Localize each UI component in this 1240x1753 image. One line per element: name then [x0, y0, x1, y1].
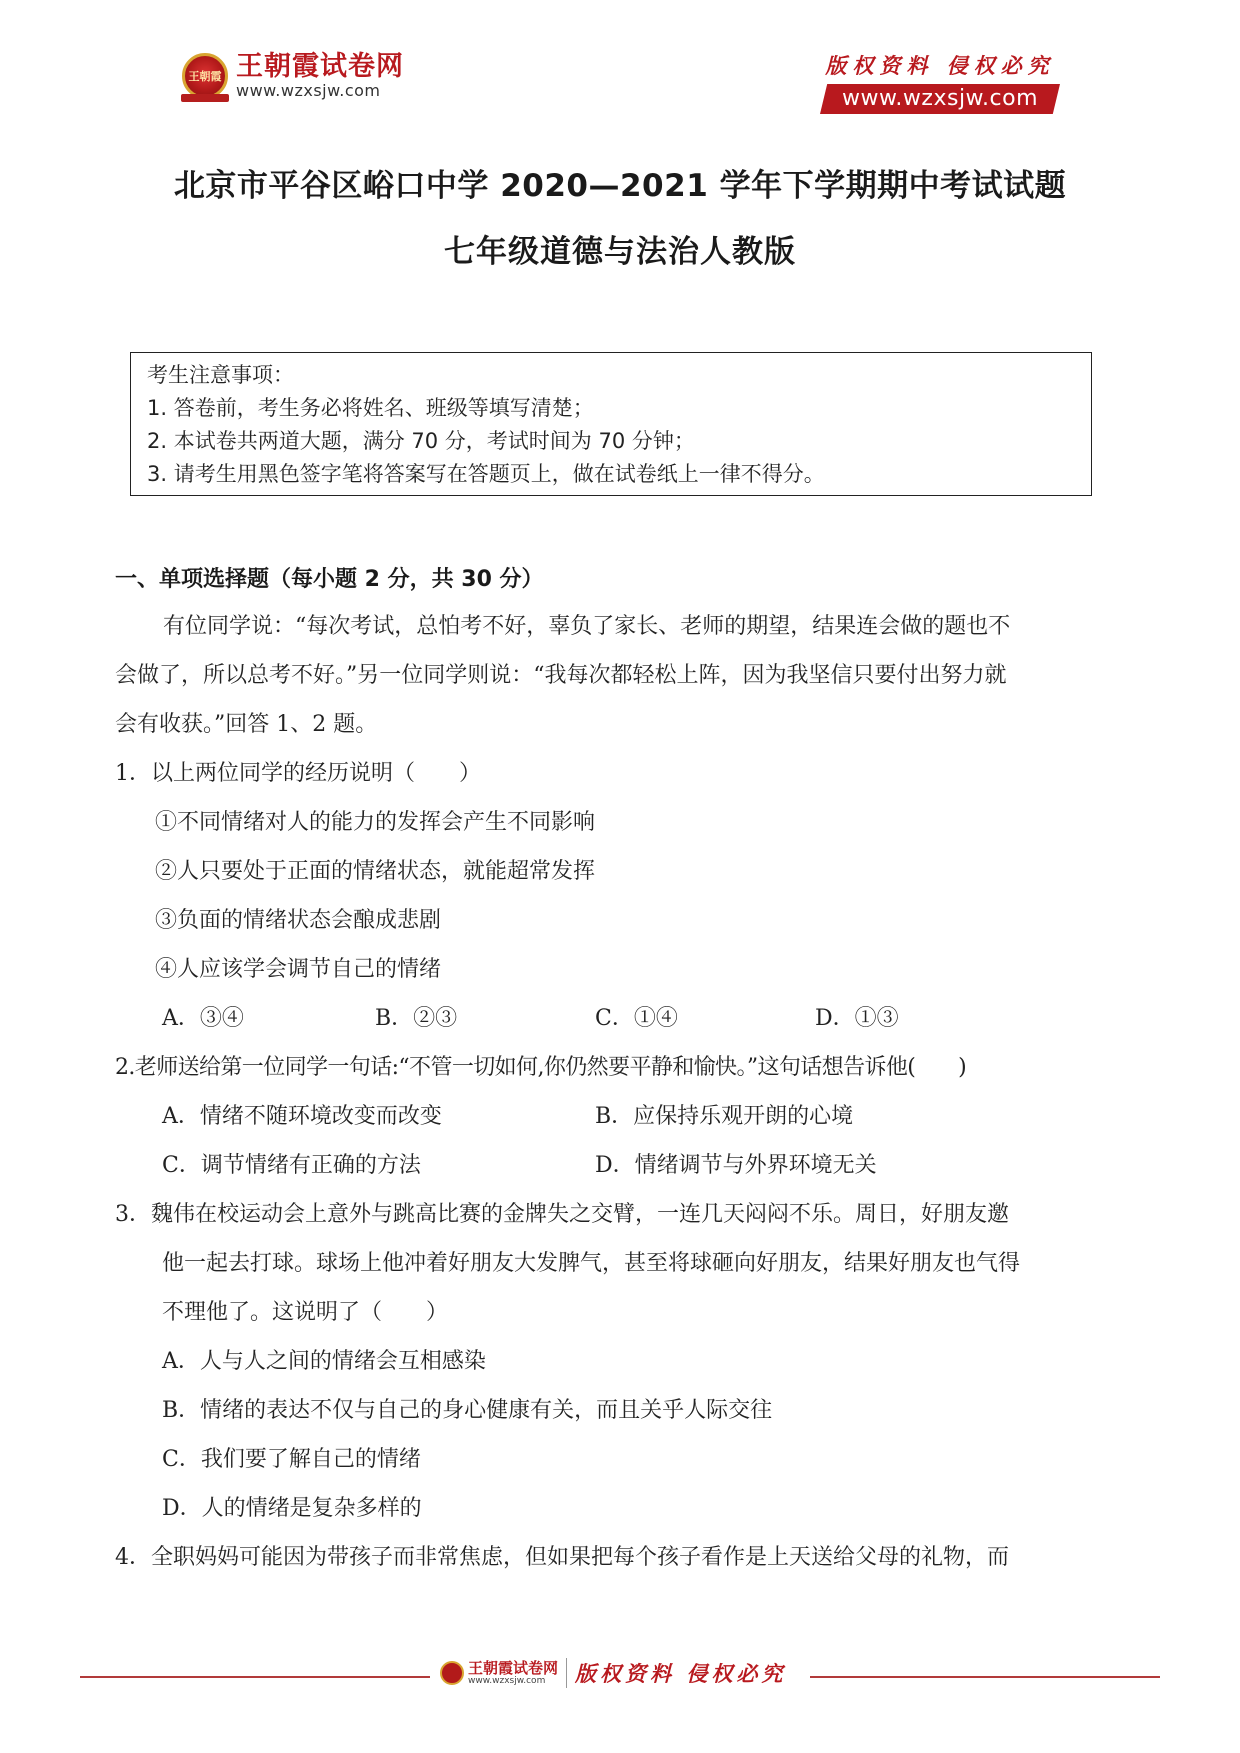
question-1-option-a: A．③④ — [162, 1004, 244, 1034]
footer-divider-left — [80, 1676, 430, 1678]
intro-line: 会有收获。”回答 1、2 题。 — [115, 710, 1125, 740]
exam-notice-box: 考生注意事项： 1. 答卷前，考生务必将姓名、班级等填写清楚； 2. 本试卷共两… — [130, 352, 1092, 496]
footer-brand: 王朝霞试卷网 www.wzxsjw.com 版权资料 侵权必究 — [440, 1658, 786, 1688]
seal-icon — [440, 1661, 464, 1685]
question-2-option-d: D．情绪调节与外界环境无关 — [595, 1151, 877, 1181]
copyright-banner: 版权资料 侵权必究 www.wzxsjw.com — [820, 50, 1060, 114]
footer-logo-url: www.wzxsjw.com — [468, 1676, 558, 1686]
intro-line: 会做了，所以总考不好。”另一位同学则说：“我每次都轻松上阵，因为我坚信只要付出努… — [115, 661, 1125, 691]
notice-item: 1. 答卷前，考生务必将姓名、班级等填写清楚； — [147, 392, 1075, 425]
question-1-statement: ④人应该学会调节自己的情绪 — [155, 955, 441, 985]
seal-icon: 王朝霞 — [182, 53, 228, 99]
question-1-statement: ①不同情绪对人的能力的发挥会产生不同影响 — [155, 808, 595, 838]
footer-copyright: 版权资料 侵权必究 — [575, 1658, 786, 1688]
footer-divider-right — [810, 1676, 1160, 1678]
notice-item: 3. 请考生用黑色签字笔将答案写在答题页上，做在试卷纸上一律不得分。 — [147, 458, 1075, 491]
brand-logo: 王朝霞 王朝霞试卷网 www.wzxsjw.com — [182, 52, 404, 100]
question-3-stem: 不理他了。这说明了（ ） — [162, 1298, 448, 1328]
page-title: 北京市平谷区峪口中学 2020—2021 学年下学期期中考试试题 — [0, 160, 1240, 205]
logo-url: www.wzxsjw.com — [236, 82, 404, 100]
copyright-url: www.wzxsjw.com — [820, 84, 1060, 114]
page-subtitle: 七年级道德与法治人教版 — [0, 226, 1240, 271]
question-1-statement: ②人只要处于正面的情绪状态，就能超常发挥 — [155, 857, 595, 887]
question-2-option-c: C．调节情绪有正确的方法 — [162, 1151, 421, 1181]
question-2-option-b: B．应保持乐观开朗的心境 — [595, 1102, 853, 1132]
question-1-stem: 1．以上两位同学的经历说明（ ） — [115, 759, 1125, 789]
footer-separator — [566, 1658, 567, 1688]
question-1-statement: ③负面的情绪状态会酿成悲剧 — [155, 906, 441, 936]
question-2-stem: 2.老师送给第一位同学一句话:“不管一切如何,你仍然要平静和愉快。”这句话想告诉… — [115, 1053, 1125, 1083]
question-3-option-b: B．情绪的表达不仅与自己的身心健康有关，而且关乎人际交往 — [162, 1396, 772, 1426]
question-2-option-a: A．情绪不随环境改变而改变 — [162, 1102, 442, 1132]
notice-heading: 考生注意事项： — [147, 359, 1075, 392]
question-3-stem: 他一起去打球。球场上他冲着好朋友大发脾气，甚至将球砸向好朋友，结果好朋友也气得 — [162, 1249, 1020, 1279]
question-1-option-d: D．①③ — [815, 1004, 899, 1034]
section-heading: 一、单项选择题（每小题 2 分，共 30 分） — [115, 562, 544, 593]
question-3-option-d: D．人的情绪是复杂多样的 — [162, 1494, 422, 1524]
footer-logo-name: 王朝霞试卷网 — [468, 1660, 558, 1676]
question-3-option-c: C．我们要了解自己的情绪 — [162, 1445, 421, 1475]
question-1-option-c: C．①④ — [595, 1004, 678, 1034]
question-3-option-a: A．人与人之间的情绪会互相感染 — [162, 1347, 486, 1377]
question-3-stem: 3．魏伟在校运动会上意外与跳高比赛的金牌失之交臂，一连几天闷闷不乐。周日，好朋友… — [115, 1200, 1125, 1230]
intro-line: 有位同学说：“每次考试，总怕考不好，辜负了家长、老师的期望，结果连会做的题也不 — [115, 612, 1125, 642]
logo-name: 王朝霞试卷网 — [236, 52, 404, 82]
copyright-text: 版权资料 侵权必究 — [820, 50, 1060, 80]
question-4-stem: 4．全职妈妈可能因为带孩子而非常焦虑，但如果把每个孩子看作是上天送给父母的礼物，… — [115, 1543, 1125, 1573]
notice-item: 2. 本试卷共两道大题，满分 70 分，考试时间为 70 分钟； — [147, 425, 1075, 458]
question-1-option-b: B．②③ — [375, 1004, 457, 1034]
